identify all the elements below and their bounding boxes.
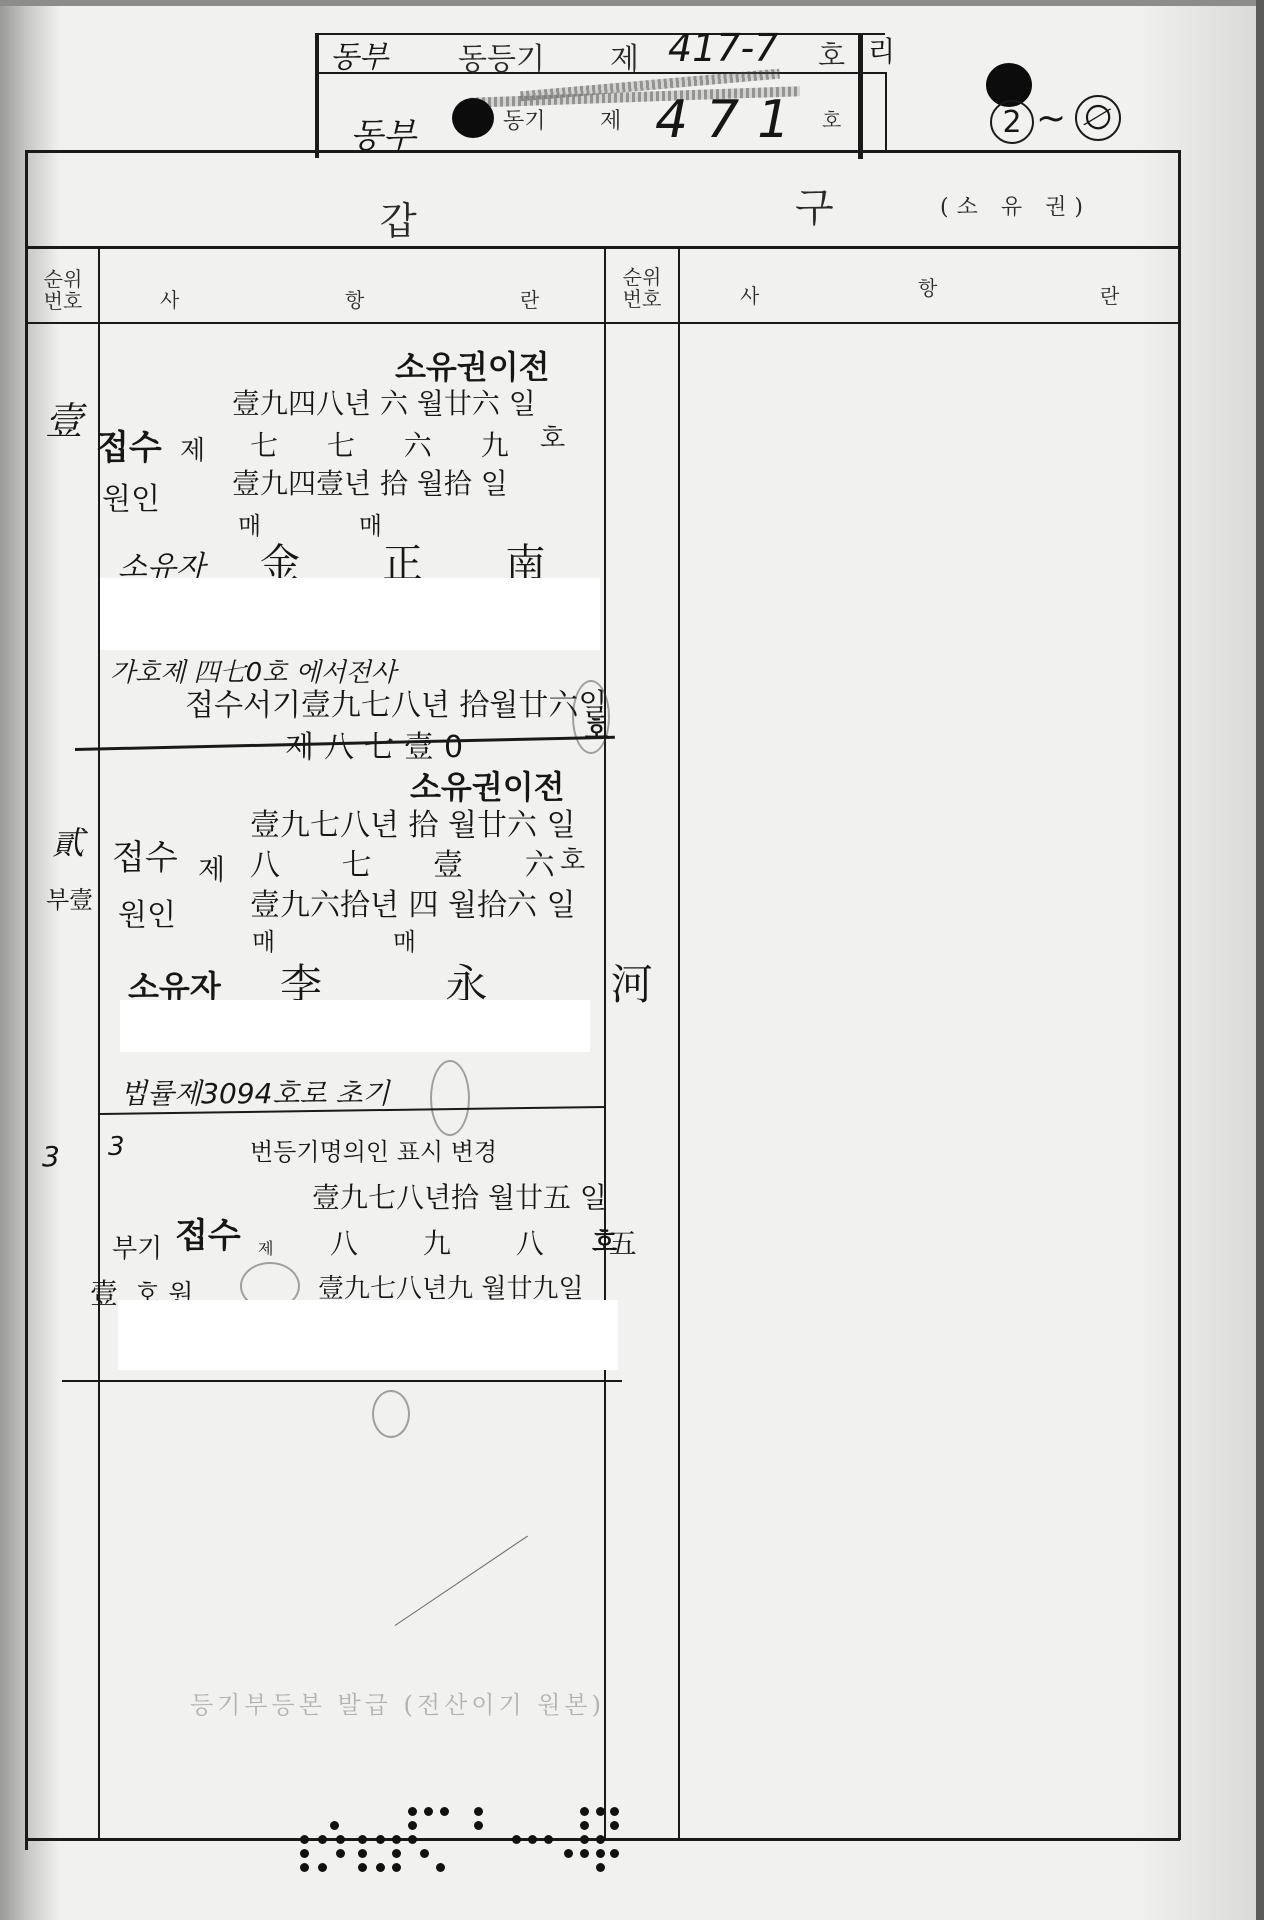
entry-1-receipt-ho: 호 bbox=[540, 418, 565, 455]
punch-hole bbox=[596, 1807, 605, 1816]
seal-stamp-4 bbox=[372, 1390, 410, 1438]
header-row2-number: 471 bbox=[655, 90, 808, 150]
entry-1-rank: 壹 bbox=[45, 390, 83, 445]
punch-hole bbox=[474, 1807, 483, 1816]
punch-hole bbox=[336, 1835, 345, 1844]
punch-hole bbox=[474, 1821, 483, 1830]
left-rank-header: 순위 번호 bbox=[32, 268, 94, 312]
header-row2-ho: 호 bbox=[822, 104, 841, 133]
header-row1-je: 제 bbox=[610, 34, 639, 78]
entry-3-rank: 3 bbox=[42, 1140, 60, 1173]
punch-hole bbox=[318, 1835, 327, 1844]
right-rank-header: 순위 번호 bbox=[610, 266, 674, 310]
page-mark-tilde: ~ bbox=[1036, 98, 1066, 139]
header-row2-label: 동기 bbox=[503, 104, 546, 135]
header-box-mid-border bbox=[315, 72, 885, 74]
punch-hole bbox=[580, 1849, 589, 1858]
section-title-right: 구 bbox=[795, 176, 834, 233]
entry-3-rank-note-1: 부기 bbox=[112, 1228, 162, 1265]
punch-hole bbox=[610, 1849, 619, 1858]
header-box-outer-right bbox=[885, 72, 887, 152]
punch-hole bbox=[610, 1821, 619, 1830]
punch-hole bbox=[424, 1807, 433, 1816]
punch-hole bbox=[300, 1849, 309, 1858]
entry-1-cause-label: 원인 bbox=[102, 474, 160, 518]
section-title-divider bbox=[25, 246, 1180, 249]
punch-hole bbox=[596, 1863, 605, 1872]
punch-hole bbox=[512, 1835, 521, 1844]
punch-hole bbox=[300, 1835, 309, 1844]
entry-2-rank: 貳 bbox=[52, 818, 84, 864]
left-matters-header-1: 사 bbox=[160, 284, 179, 313]
right-rank-header-line2: 번호 bbox=[610, 288, 674, 310]
header-row1-ho: 호 bbox=[818, 34, 845, 74]
right-rank-header-line1: 순위 bbox=[610, 266, 674, 288]
table-right-border bbox=[1178, 150, 1181, 1840]
punch-hole bbox=[408, 1807, 417, 1816]
entry-1-receipt-date: 壹九四八년 六 월廿六 일 bbox=[232, 382, 536, 422]
seal-stamp-1 bbox=[572, 680, 610, 754]
punch-hole bbox=[528, 1835, 537, 1844]
entry-1-receipt-no-prefix: 제 bbox=[180, 430, 205, 467]
entry-1-receipt-label: 접수 bbox=[96, 420, 162, 469]
punch-hole bbox=[408, 1821, 417, 1830]
middle-divider-line bbox=[604, 248, 606, 1838]
seal-stamp-2 bbox=[430, 1060, 470, 1136]
redacted-address-1 bbox=[100, 578, 600, 650]
scan-edge-right bbox=[1256, 0, 1264, 1920]
entry-3-sub-label: 3 bbox=[108, 1132, 125, 1162]
punch-hole bbox=[392, 1835, 401, 1844]
section-subtitle: (소 유 권) bbox=[940, 190, 1091, 221]
entry-1-cause-date: 壹九四壹년 拾 월拾 일 bbox=[232, 462, 508, 502]
punch-hole bbox=[596, 1835, 605, 1844]
entry-3-receipt-ho: 호 bbox=[592, 1222, 617, 1259]
header-row1-prefix: 동부 bbox=[330, 32, 388, 76]
header-box-left-border bbox=[315, 33, 319, 158]
punch-hole bbox=[318, 1863, 327, 1872]
entry-3-receipt-label: 접수 bbox=[175, 1208, 241, 1257]
punch-hole bbox=[376, 1863, 385, 1872]
header-box-top-border bbox=[315, 33, 885, 35]
entry-2-receipt-ho: 호 bbox=[560, 840, 585, 877]
entry-2-cause-label: 원인 bbox=[118, 890, 176, 934]
left-matters-header-3: 란 bbox=[520, 284, 539, 313]
header-row1-number: 417-7 bbox=[668, 26, 778, 70]
punch-hole bbox=[358, 1835, 367, 1844]
table-left-border bbox=[25, 150, 28, 1850]
punch-hole bbox=[440, 1807, 449, 1816]
header-row2-je: 제 bbox=[600, 104, 621, 135]
right-matters-header-2: 항 bbox=[918, 272, 937, 301]
entry-1-transfer-receipt: 접수서기壹九七八년 拾월廿六일 bbox=[185, 680, 607, 724]
entry-2-rank-note: 부壹 bbox=[46, 880, 93, 915]
punch-hole bbox=[392, 1863, 401, 1872]
punch-hole bbox=[580, 1807, 589, 1816]
section-title-left: 갑 bbox=[380, 190, 417, 245]
entry-3-rank-note-2: 壹 bbox=[90, 1272, 118, 1312]
punch-hole bbox=[358, 1849, 367, 1858]
ink-blot bbox=[452, 98, 494, 138]
punch-hole bbox=[580, 1835, 589, 1844]
left-rank-header-line1: 순위 bbox=[32, 268, 94, 290]
entry-2-receipt-date: 壹九七八년 拾 월廿六 일 bbox=[250, 800, 576, 844]
punch-hole bbox=[358, 1863, 367, 1872]
punch-hole bbox=[330, 1821, 339, 1830]
entry-3-divider bbox=[62, 1380, 622, 1382]
punch-hole bbox=[392, 1849, 401, 1858]
punch-hole bbox=[580, 1821, 589, 1830]
punch-hole bbox=[376, 1835, 385, 1844]
punch-hole bbox=[420, 1849, 429, 1858]
punch-hole bbox=[436, 1863, 445, 1872]
punch-hole bbox=[408, 1835, 417, 1844]
redacted-address-2 bbox=[120, 1000, 590, 1052]
entry-3-title: 번등기명의인 표시 변경 bbox=[250, 1132, 497, 1167]
punch-hole bbox=[610, 1807, 619, 1816]
entry-2-receipt-no: 八 七 壹 六 bbox=[250, 840, 581, 884]
slashed-circle-text: ∅ bbox=[1077, 94, 1119, 142]
table-top-border bbox=[25, 150, 1180, 153]
entry-3-receipt-date: 壹九七八년拾 월廿五 일 bbox=[312, 1176, 607, 1216]
circled-number-text: 2 bbox=[1002, 105, 1021, 140]
header-row1-label: 동등기 bbox=[458, 34, 545, 78]
left-matters-header-2: 항 bbox=[345, 284, 364, 313]
column-header-divider bbox=[25, 322, 1180, 324]
left-rank-column-line bbox=[98, 248, 100, 1838]
punch-hole bbox=[564, 1849, 573, 1858]
header-row1-suffix: 리 bbox=[868, 30, 895, 70]
redacted-address-3 bbox=[118, 1300, 618, 1370]
right-rank-column-line bbox=[678, 248, 680, 1838]
punch-hole bbox=[300, 1863, 309, 1872]
entry-2-receipt-no-prefix: 제 bbox=[198, 848, 225, 888]
circled-number: 2 bbox=[990, 100, 1034, 144]
punch-hole bbox=[596, 1849, 605, 1858]
punch-hole bbox=[336, 1849, 345, 1858]
pencil-diagonal bbox=[395, 1536, 528, 1626]
entry-2-footer-note: 법률제3094호로 초기 bbox=[120, 1072, 390, 1112]
header-box-right-border bbox=[858, 34, 863, 159]
right-matters-header-1: 사 bbox=[740, 280, 759, 309]
punch-hole bbox=[544, 1835, 553, 1844]
scan-edge-top bbox=[0, 0, 1264, 6]
entry-3-receipt-no-prefix: 제 bbox=[258, 1236, 273, 1259]
entry-1-receipt-no: 七 七 六 九 bbox=[250, 424, 529, 464]
faded-footer-text: 등기부등본 발급 (전산이기 원본) bbox=[190, 1685, 605, 1720]
left-rank-header-line2: 번호 bbox=[32, 290, 94, 312]
entry-2-receipt-label: 접수 bbox=[112, 830, 178, 879]
slashed-circle: ∅ bbox=[1075, 95, 1121, 141]
right-matters-header-3: 란 bbox=[1100, 280, 1119, 309]
entry-2-cause-date: 壹九六拾년 四 월拾六 일 bbox=[250, 880, 576, 924]
page-shadow-right bbox=[1134, 0, 1264, 1920]
